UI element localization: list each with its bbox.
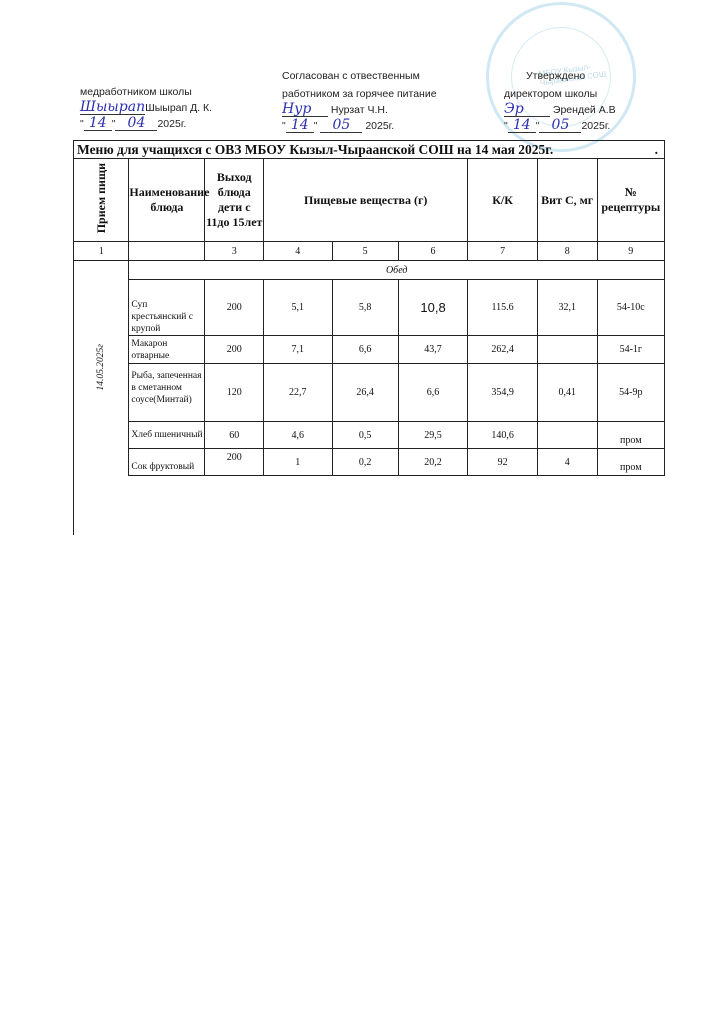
approval-hot-meals-year: 2025г.: [365, 120, 394, 132]
approval-hot-meals: Согласован с отвественным работником за …: [282, 68, 437, 134]
approval-hot-meals-month: 05: [320, 118, 362, 133]
header-row: Прием пищи Наименование блюда Выход блюд…: [74, 159, 665, 242]
dish-fat: 0,5: [332, 422, 398, 449]
table-left-border-extension: [73, 473, 74, 535]
header-nutrients: Пищевые вещества (г): [264, 159, 468, 242]
approval-director-month: 05: [539, 118, 581, 133]
approval-medical-name: Шыырап Д. К.: [145, 102, 212, 114]
column-number: 6: [398, 242, 468, 261]
dish-output: 200: [205, 336, 264, 364]
column-number: 8: [537, 242, 597, 261]
dish-vitc: 0,41: [537, 364, 597, 422]
approval-hot-meals-title: Согласован с отвественным: [282, 68, 437, 84]
dish-output: 120: [205, 364, 264, 422]
dish-recipe: пром: [597, 422, 664, 449]
column-number: 3: [205, 242, 264, 261]
meal-section-label: Обед: [129, 261, 665, 280]
column-number: 4: [264, 242, 332, 261]
dish-kcal: 140,6: [468, 422, 538, 449]
dish-kcal: 262,4: [468, 336, 538, 364]
dish-kcal: 354,9: [468, 364, 538, 422]
table-row: Рыба, запеченная в сметанном соусе(Минта…: [74, 364, 665, 422]
column-number: 9: [597, 242, 664, 261]
menu-title-suffix: .: [655, 142, 658, 158]
approval-medical-month: 04: [115, 116, 157, 131]
menu-title: Меню для учащихся с ОВЗ МБОУ Кызыл-Чыраа…: [77, 142, 553, 158]
dish-protein: 22,7: [264, 364, 332, 422]
column-number: 1: [74, 242, 129, 261]
table-row: Макарон отварные 200 7,1 6,6 43,7 262,4 …: [74, 336, 665, 364]
dish-vitc: [537, 422, 597, 449]
table-row: Суп крестьянский с крупой 200 5,1 5,8 10…: [74, 280, 665, 336]
approval-director-day: 14: [508, 118, 536, 133]
dish-name: Сок фруктовый: [129, 449, 205, 476]
header-meal: Прием пищи: [74, 159, 129, 242]
date-cell: 14.05.2025г: [74, 261, 129, 476]
dish-protein: 4,6: [264, 422, 332, 449]
approval-director-name: Эрендей А.В: [553, 104, 616, 116]
menu-table: Прием пищи Наименование блюда Выход блюд…: [73, 158, 665, 476]
header-output: Выход блюда дети с 11до 15лет: [205, 159, 264, 242]
dish-fat: 26,4: [332, 364, 398, 422]
dish-fat: 0,2: [332, 449, 398, 476]
dish-kcal: 115.6: [468, 280, 538, 336]
dish-carbs: 20,2: [398, 449, 468, 476]
meal-section-row: 14.05.2025г Обед: [74, 261, 665, 280]
signature-hot-meals: Нур: [282, 102, 328, 117]
dish-fat: 5,8: [332, 280, 398, 336]
dish-vitc: [537, 336, 597, 364]
header-recipe: № рецептуры: [597, 159, 664, 242]
approval-director-title: Утверждено: [504, 68, 616, 84]
date-label: 14.05.2025г: [96, 344, 106, 390]
dish-fat: 6,6: [332, 336, 398, 364]
dish-name: Рыба, запеченная в сметанном соусе(Минта…: [129, 364, 205, 422]
signature-director: Эр: [504, 102, 550, 117]
dish-output: 200: [205, 280, 264, 336]
dish-protein: 1: [264, 449, 332, 476]
dish-name: Макарон отварные: [129, 336, 205, 364]
signature-medical: Шыырап: [80, 100, 145, 115]
dish-kcal: 92: [468, 449, 538, 476]
dish-output: 60: [205, 422, 264, 449]
approval-medical-year: 2025г.: [157, 118, 186, 130]
dish-carbs: 10,8: [398, 280, 468, 336]
header-vitc: Вит С, мг: [537, 159, 597, 242]
dish-output: 200: [205, 449, 264, 476]
header-kcal: К/К: [468, 159, 538, 242]
approval-hot-meals-day: 14: [286, 118, 314, 133]
dish-carbs: 43,7: [398, 336, 468, 364]
column-number: 5: [332, 242, 398, 261]
dish-recipe: 54-1г: [597, 336, 664, 364]
dish-recipe: пром: [597, 449, 664, 476]
dish-name: Хлеб пшеничный: [129, 422, 205, 449]
dish-recipe: 54-9р: [597, 364, 664, 422]
dish-protein: 5,1: [264, 280, 332, 336]
approval-director-year: 2025г.: [581, 120, 610, 132]
table-row: Сок фруктовый 200 1 0,2 20,2 92 4 пром: [74, 449, 665, 476]
dish-vitc: 4: [537, 449, 597, 476]
approval-medical-title: медработником школы: [80, 84, 212, 100]
dish-name: Суп крестьянский с крупой: [129, 280, 205, 336]
table-row: Хлеб пшеничный 60 4,6 0,5 29,5 140,6 про…: [74, 422, 665, 449]
approval-hot-meals-name: Нурзат Ч.Н.: [331, 104, 388, 116]
approval-hot-meals-role: работником за горячее питание: [282, 86, 437, 102]
dish-carbs: 29,5: [398, 422, 468, 449]
approval-medical: медработником школы ШыырапШыырап Д. К. "…: [80, 84, 212, 132]
header-dish: Наименование блюда: [129, 159, 205, 242]
approval-director: Утверждено директором школы Эр Эрендей А…: [504, 68, 616, 134]
dish-vitc: 32,1: [537, 280, 597, 336]
menu-title-row: Меню для учащихся с ОВЗ МБОУ Кызыл-Чыраа…: [73, 140, 665, 158]
dish-recipe: 54-10с: [597, 280, 664, 336]
dish-protein: 7,1: [264, 336, 332, 364]
menu-document: Меню для учащихся с ОВЗ МБОУ Кызыл-Чыраа…: [73, 140, 665, 476]
column-numbers-row: 1 3 4 5 6 7 8 9: [74, 242, 665, 261]
approval-director-role: директором школы: [504, 86, 616, 102]
column-number: [129, 242, 205, 261]
column-number: 7: [468, 242, 538, 261]
dish-carbs: 6,6: [398, 364, 468, 422]
approval-medical-day: 14: [84, 116, 112, 131]
